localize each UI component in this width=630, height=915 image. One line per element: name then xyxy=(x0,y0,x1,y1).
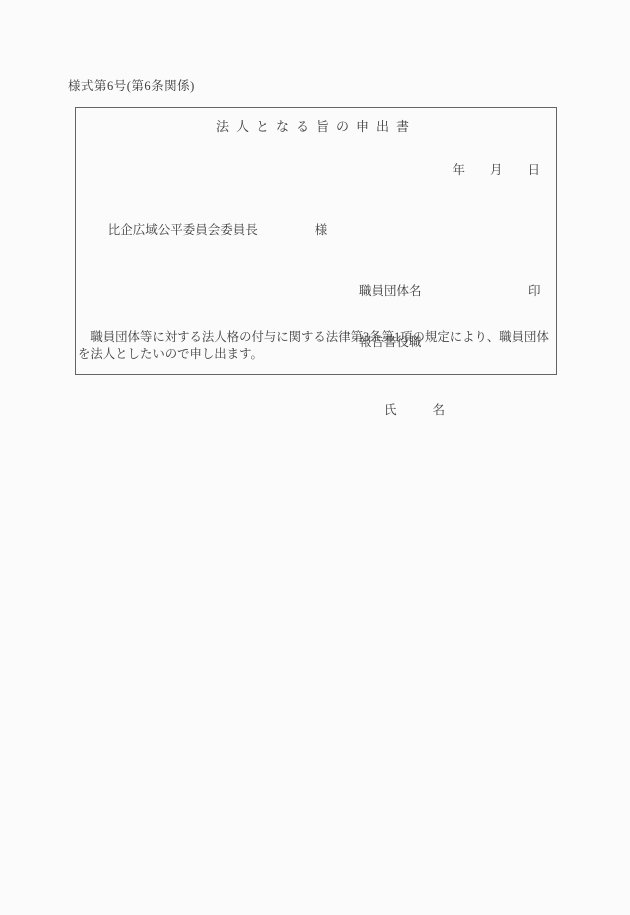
date-line: 年 月 日 xyxy=(452,160,540,178)
addressee-honorific: 様 xyxy=(315,220,328,238)
signer-name-label-first: 氏 xyxy=(384,402,397,419)
body-text: 職員団体等に対する法人格の付与に関する法律第3条第1項の規定により、職員団体を法… xyxy=(78,329,557,363)
signer-name-label: 氏 名 xyxy=(384,402,445,419)
addressee-name: 比企広域公平委員会委員長 xyxy=(108,223,258,237)
form-box: 法人となる旨の申出書 年 月 日 比企広域公平委員会委員長様 職員団体名 報告書… xyxy=(75,107,557,375)
seal-mark: 印 xyxy=(528,283,541,300)
signer-organization-label: 職員団体名 xyxy=(359,283,445,300)
form-number-label: 様式第6号(第6条関係) xyxy=(68,76,195,94)
document-page: 様式第6号(第6条関係) 法人となる旨の申出書 年 月 日 比企広域公平委員会委… xyxy=(0,0,630,915)
form-title: 法人となる旨の申出書 xyxy=(76,116,556,135)
signer-name-label-second: 名 xyxy=(432,402,445,419)
signer-name-line: 氏 名 xyxy=(359,385,445,436)
addressee-line: 比企広域公平委員会委員長様 xyxy=(89,205,327,253)
